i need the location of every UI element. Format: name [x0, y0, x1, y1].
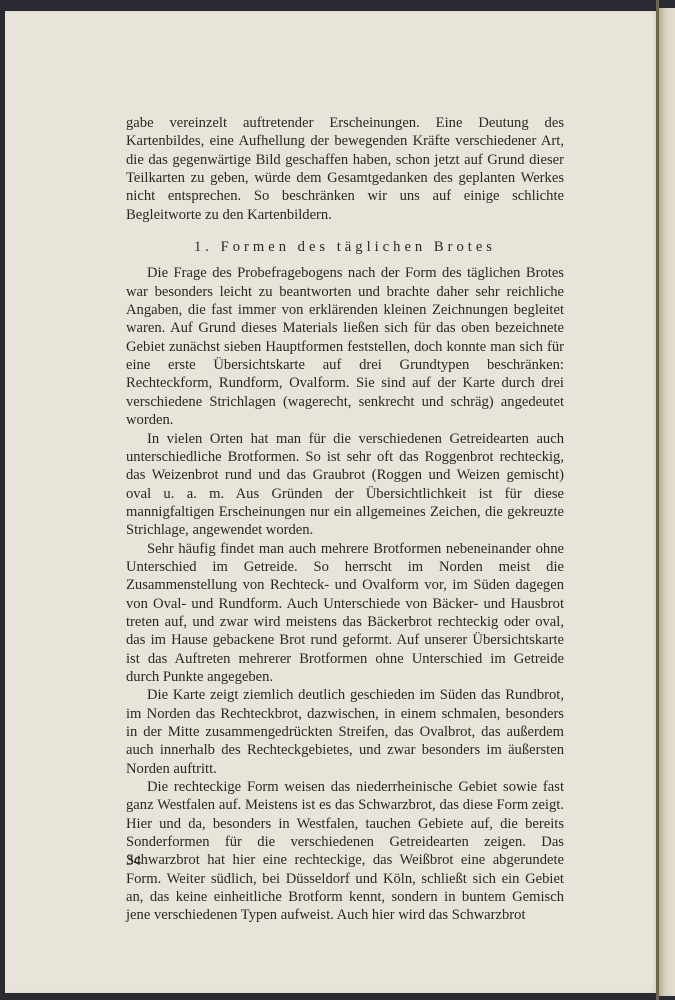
page-number: 34: [126, 853, 141, 870]
book-page: gabe vereinzelt auftretender Erscheinung…: [5, 11, 656, 993]
body-text: gabe vereinzelt auftretender Erscheinung…: [126, 114, 564, 925]
adjacent-page-edge: [659, 8, 675, 996]
paragraph: Die Karte zeigt ziemlich deutlich geschi…: [126, 686, 564, 778]
paragraph: Die Frage des Probefragebogens nach der …: [126, 264, 564, 429]
section-heading: 1. Formen des täglichen Brotes: [126, 238, 564, 256]
paragraph: Die rechteckige Form weisen das niederrh…: [126, 778, 564, 925]
paragraph-continuation: gabe vereinzelt auftretender Erscheinung…: [126, 114, 564, 224]
paragraph: Sehr häufig findet man auch mehrere Brot…: [126, 540, 564, 687]
paragraph: In vielen Orten hat man für die verschie…: [126, 430, 564, 540]
